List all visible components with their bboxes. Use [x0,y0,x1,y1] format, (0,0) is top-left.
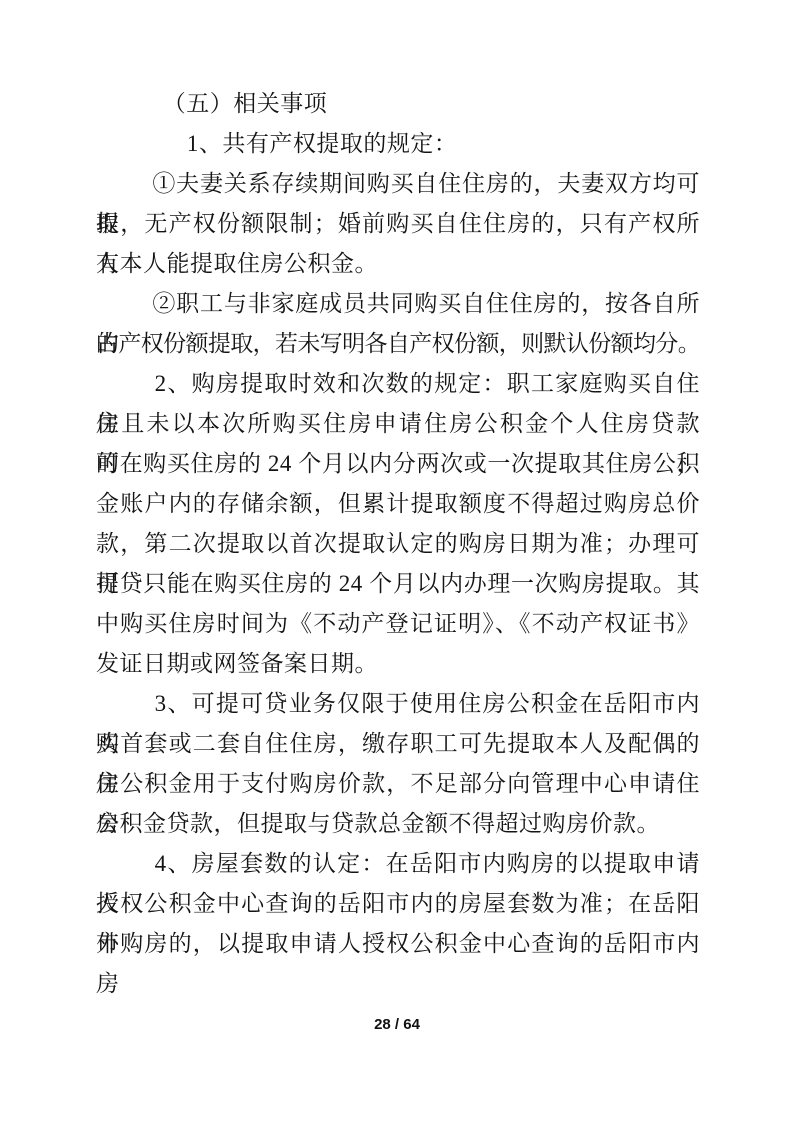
text-body: （五）相关事项1、共有产权提取的规定：①夫妻关系存续期间购买自住住房的，夫妻双方… [96,84,700,964]
text-line: 中购买住房时间为《不动产登记证明》、《不动产权证书》 [96,604,700,644]
text-line: 房公积金用于支付购房价款，不足部分向管理中心申请住房 [96,764,700,804]
text-line: 可在购买住房的 24 个月以内分两次或一次提取其住房公积 [96,444,700,484]
text-line: 款，第二次提取以首次提取认定的购房日期为准；办理可提 [96,524,700,564]
document-page: （五）相关事项1、共有产权提取的规定：①夫妻关系存续期间购买自住住房的，夫妻双方… [0,0,794,1122]
text-line: 人本人能提取住房公积金。 [96,244,700,284]
text-line: 4、房屋套数的认定：在岳阳市内购房的以提取申请人 [96,844,700,884]
text-line: 发证日期或网签备案日期。 [96,644,700,684]
text-line: 公积金贷款，但提取与贷款总金额不得超过购房价款。 [96,804,700,844]
text-line: ②职工与非家庭成员共同购买自住住房的，按各自所占 [96,284,700,324]
text-line: 外购房的，以提取申请人授权公积金中心查询的岳阳市内房 [96,924,700,964]
text-line: 3、可提可贷业务仅限于使用住房公积金在岳阳市内购 [96,684,700,724]
text-line: 房且未以本次所购买住房申请住房公积金个人住房贷款的， [96,404,700,444]
text-line: 1、共有产权提取的规定： [96,124,700,164]
text-line: ①夫妻关系存续期间购买自住住房的，夫妻双方均可提 [96,164,700,204]
text-line: 取，无产权份额限制；婚前购买自住住房的，只有产权所有 [96,204,700,244]
text-line: 的产权份额提取，若未写明各自产权份额，则默认份额均分。 [96,324,700,364]
text-line: 买首套或二套自住住房，缴存职工可先提取本人及配偶的住 [96,724,700,764]
text-line: 2、购房提取时效和次数的规定：职工家庭购买自住住 [96,364,700,404]
page-footer: 28 / 64 [0,1014,794,1036]
text-line: 授权公积金中心查询的岳阳市内的房屋套数为准；在岳阳市 [96,884,700,924]
text-line: 可贷只能在购买住房的 24 个月以内办理一次购房提取。其 [96,564,700,604]
text-line: （五）相关事项 [96,84,700,124]
text-line: 金账户内的存储余额，但累计提取额度不得超过购房总价 [96,484,700,524]
page-number: 28 / 64 [374,1016,420,1033]
